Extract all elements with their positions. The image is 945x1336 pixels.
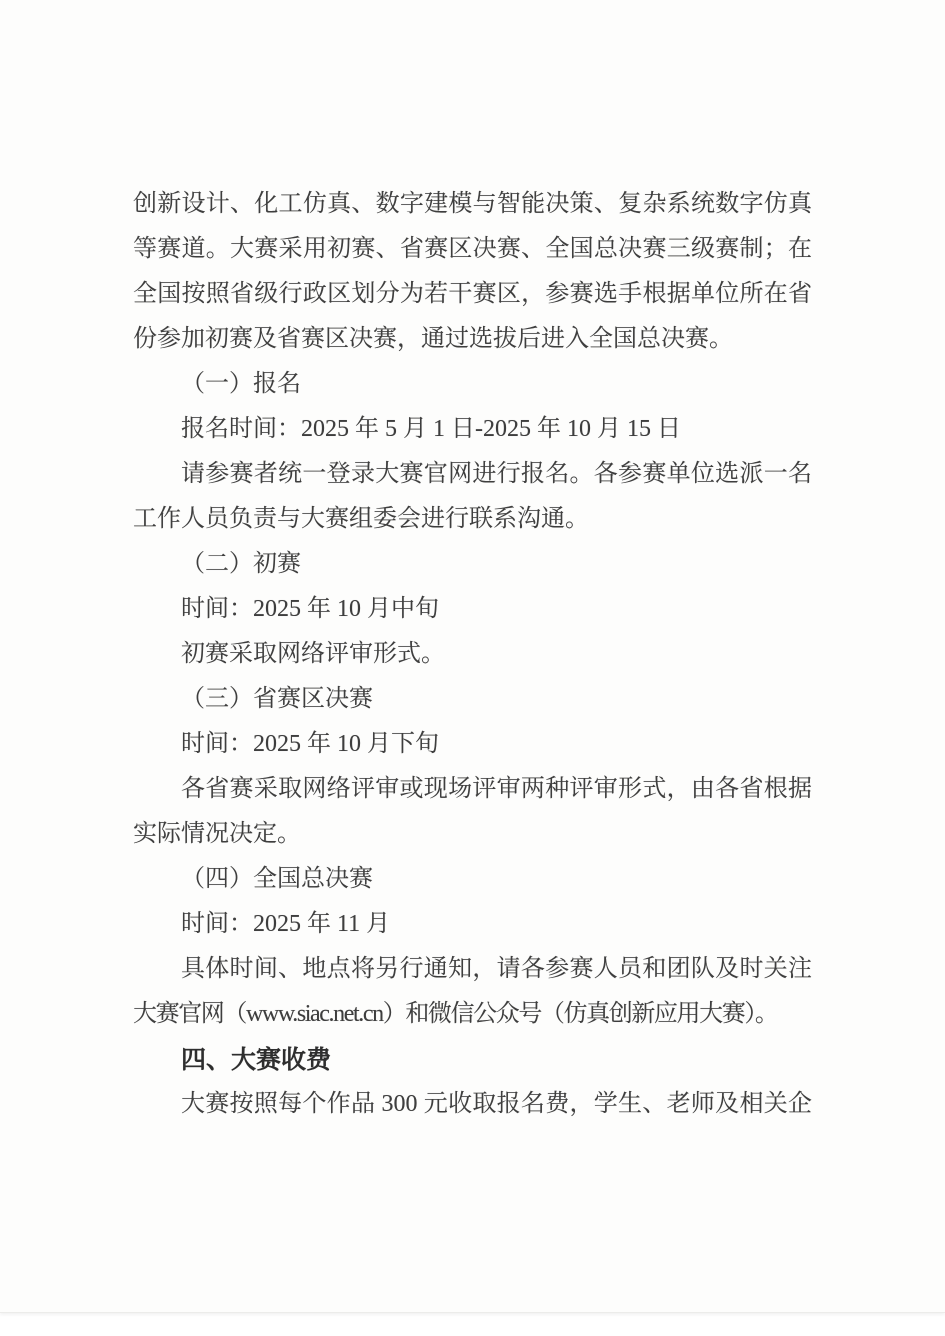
- body-line: 初赛采取网络评审形式。: [133, 632, 812, 677]
- body-line: 创新设计、化工仿真、数字建模与智能决策、复杂系统数字仿真: [133, 182, 812, 227]
- body-line: 工作人员负责与大赛组委会进行联系沟通。: [133, 497, 812, 542]
- document-page: 创新设计、化工仿真、数字建模与智能决策、复杂系统数字仿真 等赛道。大赛采用初赛、…: [0, 0, 945, 1313]
- subsection-heading-provincial-final: （三）省赛区决赛: [133, 677, 812, 722]
- body-line: 具体时间、地点将另行通知，请各参赛人员和团队及时关注: [133, 947, 812, 992]
- document-text-block: 创新设计、化工仿真、数字建模与智能决策、复杂系统数字仿真 等赛道。大赛采用初赛、…: [133, 182, 812, 1127]
- body-line: 全国按照省级行政区划分为若干赛区，参赛选手根据单位所在省: [133, 272, 812, 317]
- provincial-time-line: 时间：2025 年 10 月下旬: [133, 722, 812, 767]
- body-line: 等赛道。大赛采用初赛、省赛区决赛、全国总决赛三级赛制；在: [133, 227, 812, 272]
- preliminary-time-line: 时间：2025 年 10 月中旬: [133, 587, 812, 632]
- subsection-heading-preliminary: （二）初赛: [133, 542, 812, 587]
- website-wechat-line: 大赛官网（www.siac.net.cn）和微信公众号（仿真创新应用大赛）。: [133, 992, 812, 1037]
- national-final-time-line: 时间：2025 年 11 月: [133, 902, 812, 947]
- body-line: 各省赛采取网络评审或现场评审两种评审形式，由各省根据: [133, 767, 812, 812]
- body-line: 大赛按照每个作品 300 元收取报名费，学生、老师及相关企: [133, 1082, 812, 1127]
- section-heading-fees: 四、大赛收费: [133, 1037, 812, 1082]
- subsection-heading-registration: （一）报名: [133, 362, 812, 407]
- subsection-heading-national-final: （四）全国总决赛: [133, 857, 812, 902]
- body-line: 请参赛者统一登录大赛官网进行报名。各参赛单位选派一名: [133, 452, 812, 497]
- body-line: 份参加初赛及省赛区决赛，通过选拔后进入全国总决赛。: [133, 317, 812, 362]
- body-line: 实际情况决定。: [133, 812, 812, 857]
- registration-time-line: 报名时间：2025 年 5 月 1 日-2025 年 10 月 15 日: [133, 407, 812, 452]
